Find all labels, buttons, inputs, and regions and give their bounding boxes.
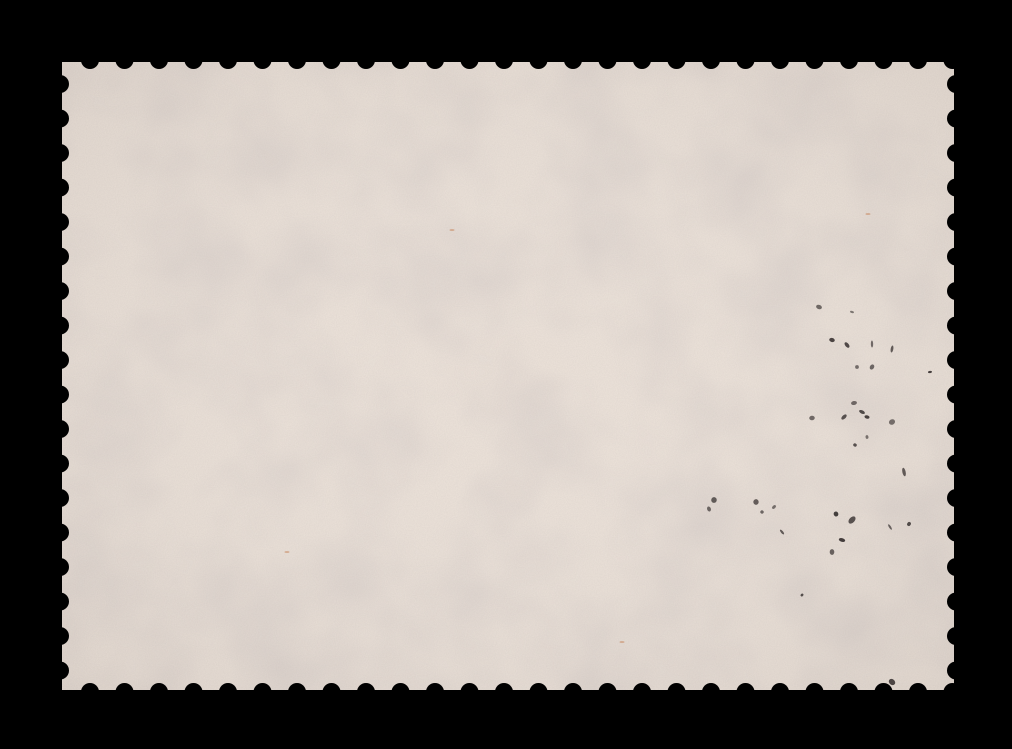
stamp-paper bbox=[62, 62, 954, 690]
photo-scene bbox=[0, 0, 1012, 749]
postage-stamp-back bbox=[62, 62, 954, 690]
